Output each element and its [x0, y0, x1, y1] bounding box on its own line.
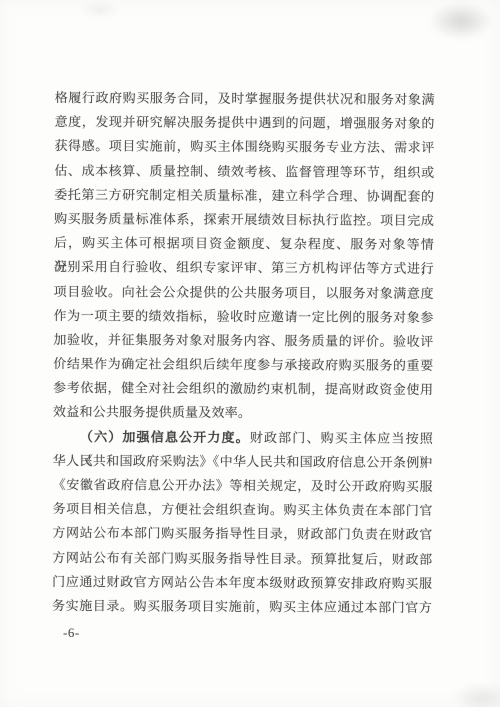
text-line: 价结果作为确定社会组织后续年度参与承接政府购买服务的重要 [53, 352, 433, 378]
text-line: 门应通过财政官方网站公告本年度本级财政预算安排政府购买服 [52, 570, 432, 596]
text-line: 意度，发现并研究解决服务提供中遇到的问题，增强服务对象的 [55, 110, 435, 136]
text-line: 购买服务质量标准体系，探索开展绩效目标执行监控。项目完成 [54, 207, 434, 233]
text-line: 委托第三方研究制定相关质量标准，建立科学合理、协调配套的 [54, 183, 434, 209]
text-line: 效益和公共服务提供质量及效率。 [53, 400, 433, 426]
text-line: 格履行政府购买服务合同，及时掌握服务提供状况和服务对象满 [55, 86, 435, 112]
text-line: 华人民共和国政府采购法》《中华人民共和国政府信息公开条例》 [53, 449, 433, 475]
text-line: 分别采用自行验收、组织专家评审、第三方机构评估等方式进行 [54, 255, 434, 281]
scan-smudge [452, 682, 500, 707]
text-line: 方网站公布本部门购买服务指导性目录，财政部门负责在财政官 [52, 521, 432, 547]
text-line: 务项目相关信息，方便社会组织查询。购买主体负责在本部门官 [53, 497, 433, 523]
text-line: （六）加强信息公开力度。财政部门、购买主体应当按照《中 [53, 425, 433, 451]
page-number: -6- [63, 625, 80, 641]
text-line: 务实施目录。购买服务项目实施前，购买主体应通过本部门官方 [52, 594, 432, 620]
scan-smudge [428, 2, 494, 40]
text-line: 获得感。项目实施前，购买主体围绕购买服务专业方法、需求评 [54, 134, 434, 160]
scan-smudge [80, 2, 120, 18]
document-body: 格履行政府购买服务合同，及时掌握服务提供状况和服务对象满意度，发现并研究解决服务… [52, 86, 435, 620]
text-line: 作为一项主要的绩效指标，验收时应邀请一定比例的服务对象参 [54, 304, 434, 330]
text-line: 估、成本核算、质量控制、绩效考核、监督管理等环节，组织或 [54, 159, 434, 185]
text-line: 参考依据，健全对社会组织的激励约束机制，提高财政资金使用 [53, 376, 433, 402]
text-line: 《安徽省政府信息公开办法》等相关规定，及时公开政府购买服 [53, 473, 433, 499]
section-heading: （六）加强信息公开力度。 [80, 429, 250, 445]
document-page: 格履行政府购买服务合同，及时掌握服务提供状况和服务对象满意度，发现并研究解决服务… [0, 0, 500, 707]
text-line: 后，购买主体可根据项目资金额度、复杂程度、服务对象等情况， [54, 231, 434, 257]
text-line: 项目验收。向社会公众提供的公共服务项目，以服务对象满意度 [54, 280, 434, 306]
text-line: 加验收，并征集服务对象对服务内容、服务质量的评价。验收评 [53, 328, 433, 354]
text-line: 方网站公布有关部门购买服务指导性目录。预算批复后，财政部 [52, 546, 432, 572]
